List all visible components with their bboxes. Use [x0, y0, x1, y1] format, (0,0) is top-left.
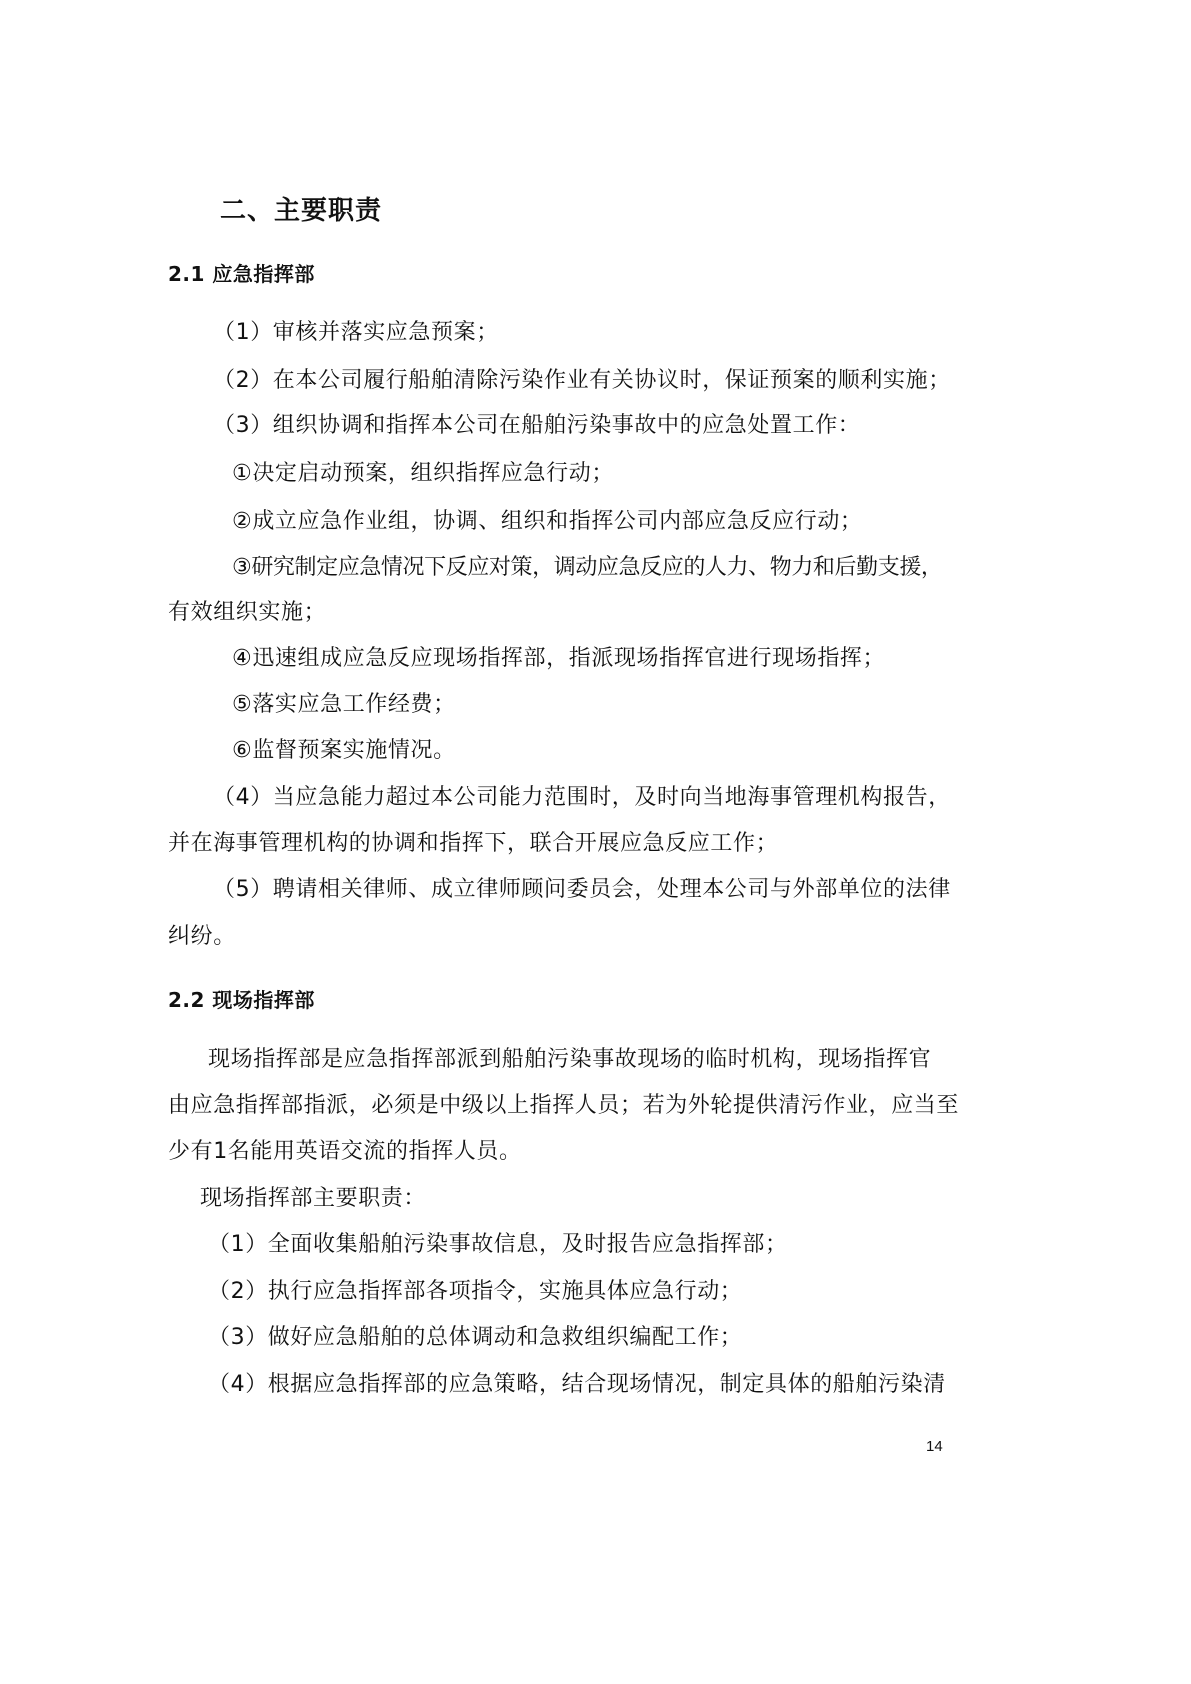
- section-heading-2-1: 2.1 应急指挥部: [168, 259, 315, 289]
- paragraph-line: （1）审核并落实应急预案；: [213, 318, 499, 348]
- paragraph-line: （4）根据应急指挥部的应急策略，结合现场情况，制定具体的船舶污染清: [208, 1370, 946, 1400]
- paragraph-line: 并在海事管理机构的协调和指挥下，联合开展应急反应工作；: [168, 829, 778, 859]
- paragraph-line: 由应急指挥部指派，必须是中级以上指挥人员；若为外轮提供清污作业，应当至: [168, 1091, 959, 1121]
- paragraph-line: ②成立应急作业组，协调、组织和指挥公司内部应急反应行动；: [232, 507, 863, 537]
- paragraph-line: ⑥监督预案实施情况。: [232, 736, 456, 766]
- section-heading-2-2: 2.2 现场指挥部: [168, 985, 315, 1015]
- paragraph-line: （2）执行应急指挥部各项指令，实施具体应急行动；: [208, 1277, 742, 1307]
- paragraph-line: （5）聘请相关律师、成立律师顾问委员会，处理本公司与外部单位的法律: [213, 875, 951, 905]
- paragraph-line: 现场指挥部主要职责：: [200, 1184, 426, 1214]
- paragraph-line: 纠纷。: [168, 922, 236, 952]
- paragraph-line: ⑤落实应急工作经费；: [232, 690, 456, 720]
- paragraph-line: 有效组织实施；: [168, 598, 326, 628]
- paragraph-line: （4）当应急能力超过本公司能力范围时，及时向当地海事管理机构报告，: [213, 783, 951, 813]
- paragraph-line: ①决定启动预案，组织指挥应急行动；: [232, 459, 614, 489]
- paragraph-line: 现场指挥部是应急指挥部派到船舶污染事故现场的临时机构，现场指挥官: [208, 1045, 931, 1075]
- paragraph-line: 少有1名能用英语交流的指挥人员。: [168, 1137, 522, 1167]
- paragraph-line: （3）组织协调和指挥本公司在船舶污染事故中的应急处置工作：: [213, 411, 860, 441]
- paragraph-line: （2）在本公司履行船舶清除污染作业有关协议时，保证预案的顺利实施；: [213, 366, 951, 396]
- page-number: 14: [926, 1438, 943, 1455]
- paragraph-line: （1）全面收集船舶污染事故信息，及时报告应急指挥部；: [208, 1230, 788, 1260]
- paragraph-line: （3）做好应急船舶的总体调动和急救组织编配工作；: [208, 1323, 742, 1353]
- chapter-title: 二、主要职责: [220, 196, 382, 226]
- paragraph-line: ④迅速组成应急反应现场指挥部，指派现场指挥官进行现场指挥；: [232, 644, 885, 674]
- paragraph-line: ③研究制定应急情况下反应对策，调动应急反应的人力、物力和后勤支援，: [232, 553, 943, 583]
